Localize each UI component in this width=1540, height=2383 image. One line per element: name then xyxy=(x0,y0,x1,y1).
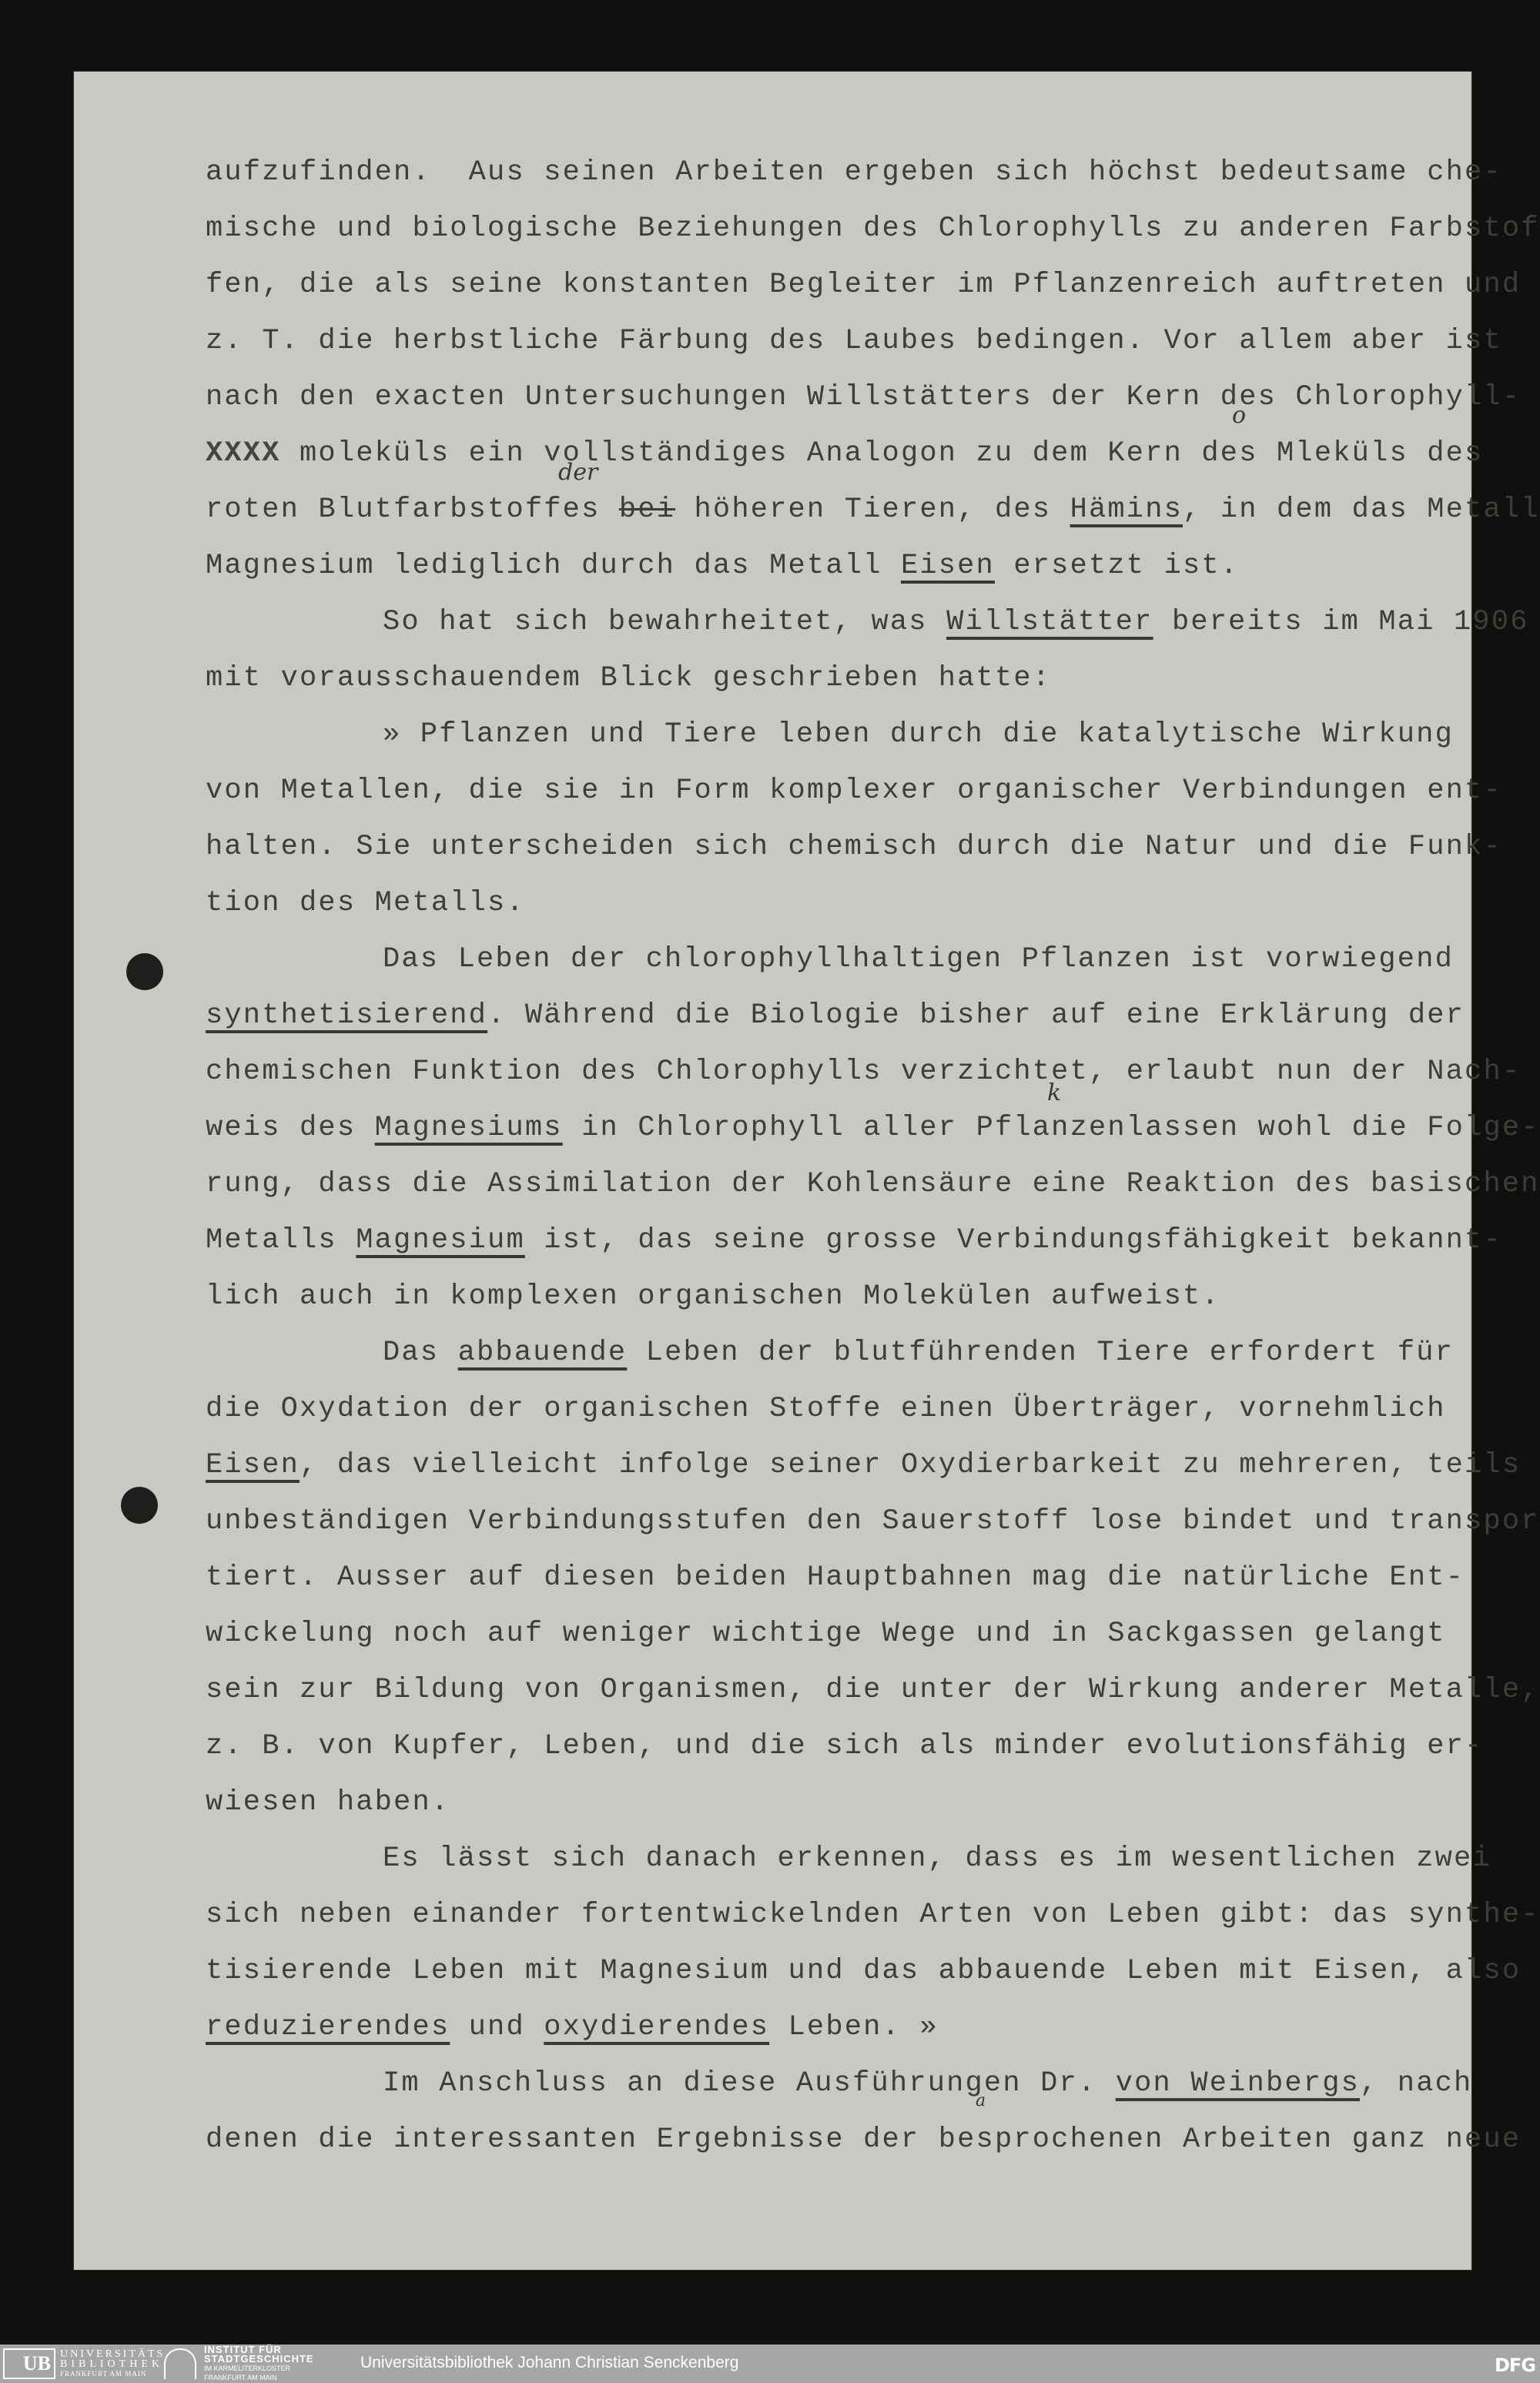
text-line: nach den exacten Untersuchungen Willstät… xyxy=(206,382,1521,413)
struck-out-text: XXXX xyxy=(206,437,281,470)
dfg-logo: DFG xyxy=(1495,2355,1535,2376)
footer-bar: UB UNIVERSITÄTS BIBLIOTHEK FRANKFURT AM … xyxy=(0,2345,1540,2383)
handwritten-correction-der: der xyxy=(558,459,598,486)
text-line: So hat sich bewahrheitet, was Willstätte… xyxy=(383,607,1529,638)
text-line: reduzierendes und oxydierendes Leben. » xyxy=(206,2012,939,2043)
text-line: Das abbauende Leben der blutführenden Ti… xyxy=(383,1337,1454,1368)
text-line: Das Leben der chlorophyllhaltigen Pflanz… xyxy=(383,944,1454,975)
punch-hole-top xyxy=(126,953,163,990)
handwritten-insert-k: k xyxy=(1047,1079,1061,1106)
text-line: aufzufinden. Aus seinen Arbeiten ergeben… xyxy=(206,157,1502,188)
text-line: wiesen haben. xyxy=(206,1787,450,1818)
text-line: mische und biologische Beziehungen des C… xyxy=(206,213,1540,244)
text-line: halten. Sie unterscheiden sich chemisch … xyxy=(206,832,1502,862)
text-line: tion des Metalls. xyxy=(206,888,525,919)
text-line: XXXX moleküls ein vollständiges Analogon… xyxy=(206,438,1483,469)
text-line: mit vorausschauendem Blick geschrieben h… xyxy=(206,663,1051,694)
text-line: von Metallen, die sie in Form komplexer … xyxy=(206,775,1502,806)
text-line: Eisen, das vielleicht infolge seiner Oxy… xyxy=(206,1450,1521,1481)
text-line: Magnesium lediglich durch das Metall Eis… xyxy=(206,551,1239,581)
typewritten-page: aufzufinden. Aus seinen Arbeiten ergeben… xyxy=(73,71,1472,2271)
text-line: unbeständigen Verbindungsstufen den Saue… xyxy=(206,1506,1540,1537)
text-line: rung, dass die Assimilation der Kohlensä… xyxy=(206,1169,1540,1200)
underlined-word: Hämins xyxy=(1070,494,1183,526)
text-line: z. B. von Kupfer, Leben, und die sich al… xyxy=(206,1731,1483,1762)
isg-logo: INSTITUT FÜR STADTGESCHICHTE IM KARMELIT… xyxy=(164,2348,314,2380)
text-line: lich auch in komplexen organischen Molek… xyxy=(206,1281,1220,1312)
struck-word: bei xyxy=(619,494,675,526)
text-line: Metalls Magnesium ist, das seine grosse … xyxy=(206,1225,1502,1256)
text-line: tiert. Ausser auf diesen beiden Hauptbah… xyxy=(206,1562,1465,1593)
text-line: chemischen Funktion des Chlorophylls ver… xyxy=(206,1056,1521,1087)
library-name: Universitätsbibliothek Johann Christian … xyxy=(360,2354,738,2372)
text-line: » Pflanzen und Tiere leben durch die kat… xyxy=(383,719,1454,750)
text-line: die Oxydation der organischen Stoffe ein… xyxy=(206,1394,1446,1424)
text-line: roten Blutfarbstoffes bei höheren Tieren… xyxy=(206,494,1540,525)
handwritten-insert-o: o xyxy=(1232,402,1246,429)
arch-icon xyxy=(164,2348,196,2379)
ub-mark: UB xyxy=(3,2348,55,2379)
text-line: sein zur Bildung von Organismen, die unt… xyxy=(206,1675,1540,1705)
text-line: Im Anschluss an diese Ausführungen Dr. v… xyxy=(383,2068,1472,2099)
text-line: weis des Magnesiums in Chlorophyll aller… xyxy=(206,1113,1540,1143)
text-line: Es lässt sich danach erkennen, dass es i… xyxy=(383,1843,1491,1874)
text-line: tisierende Leben mit Magnesium und das a… xyxy=(206,1956,1521,1986)
text-line: wickelung noch auf weniger wichtige Wege… xyxy=(206,1618,1446,1649)
punch-hole-bottom xyxy=(121,1487,158,1524)
text-line: z. T. die herbstliche Färbung des Laubes… xyxy=(206,326,1502,356)
ub-logo: UB UNIVERSITÄTS BIBLIOTHEK FRANKFURT AM … xyxy=(3,2348,165,2380)
text-line: sich neben einander fortentwickelnden Ar… xyxy=(206,1899,1540,1930)
text-line: fen, die als seine konstanten Begleiter … xyxy=(206,269,1521,300)
handwritten-insert-a: a xyxy=(976,2091,986,2110)
text-line: denen die interessanten Ergebnisse der b… xyxy=(206,2124,1521,2155)
text-line: synthetisierend. Während die Biologie bi… xyxy=(206,1000,1465,1031)
